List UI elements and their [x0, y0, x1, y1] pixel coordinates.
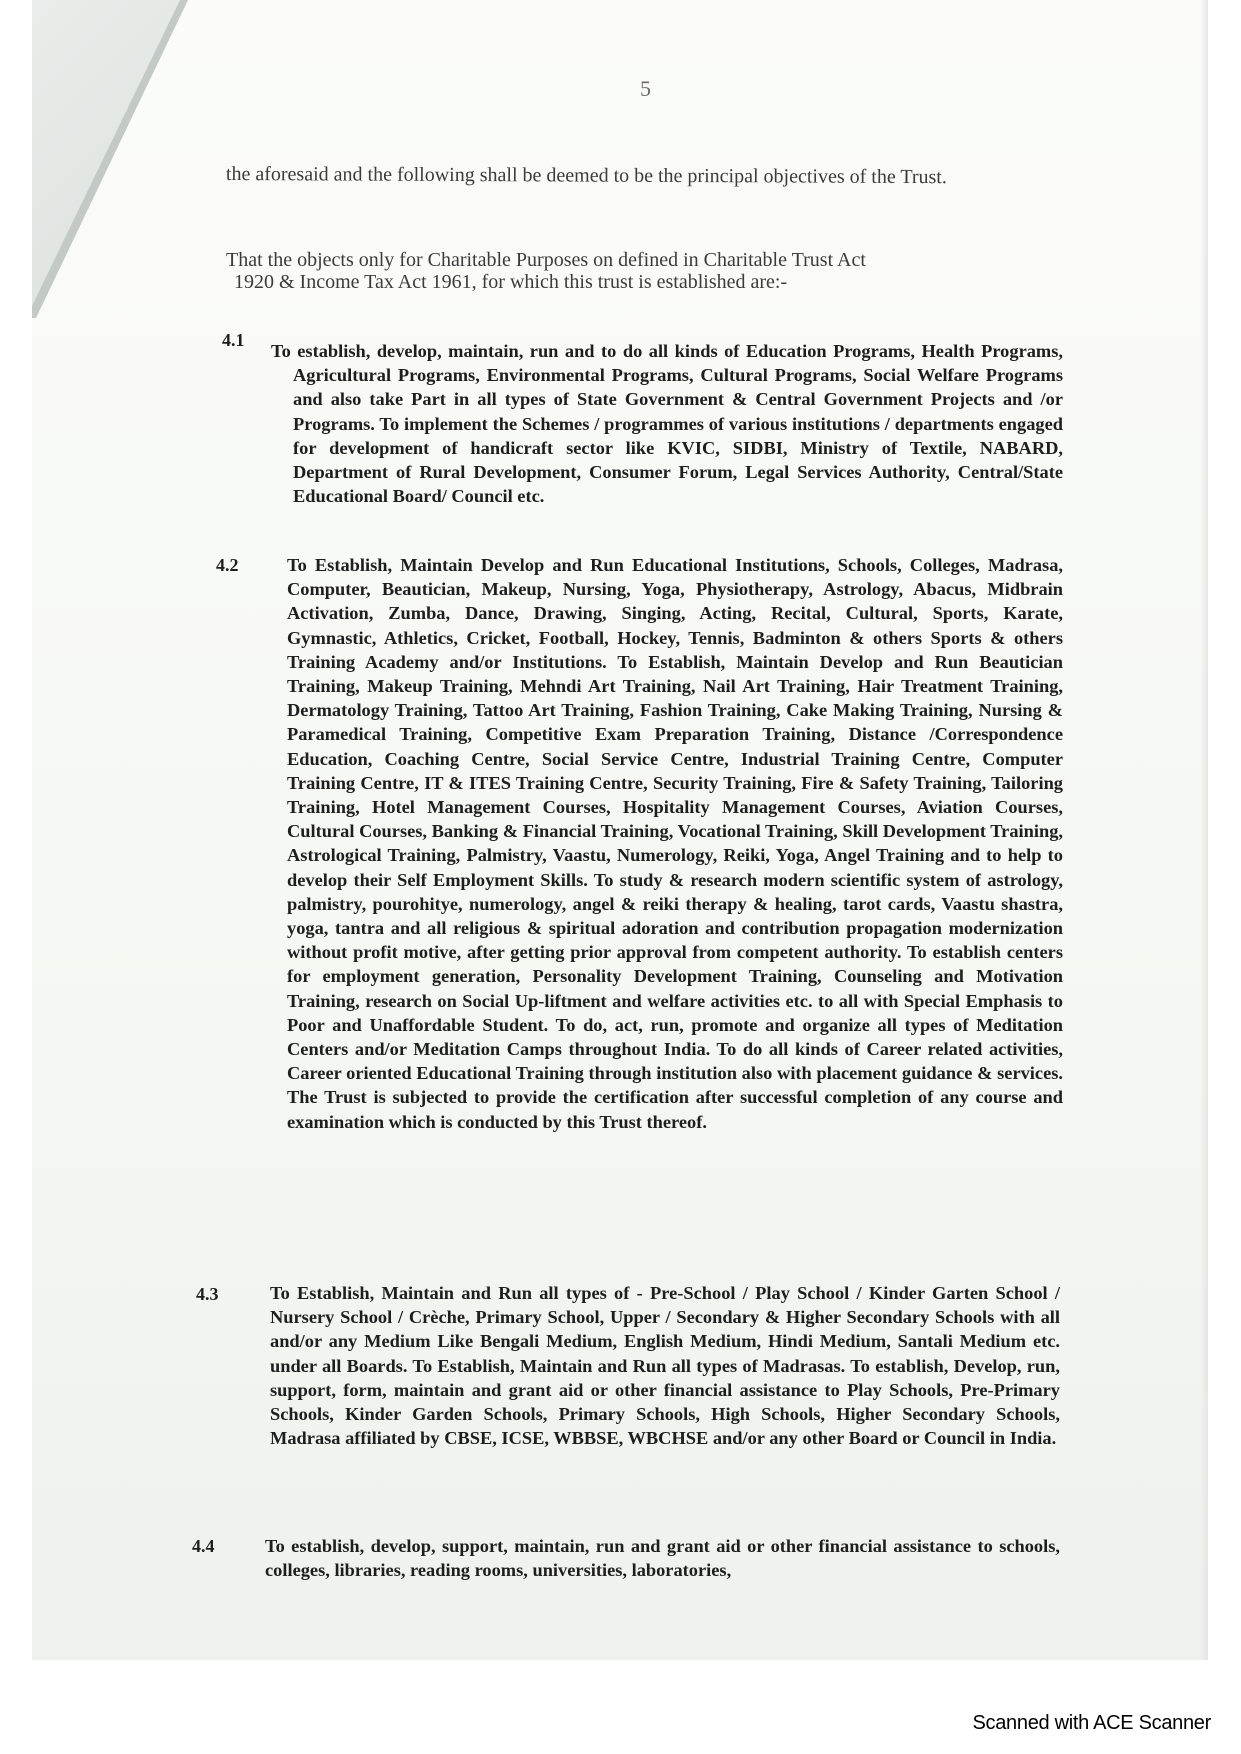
objects-preamble-line-1: That the objects only for Charitable Pur… [226, 249, 866, 271]
page-number: 5 [640, 76, 651, 102]
folded-page-corner [32, 0, 232, 360]
clause-text: To establish, develop, maintain, run and… [293, 339, 1063, 508]
clause-number: 4.2 [216, 555, 239, 576]
clause-text: To Establish, Maintain Develop and Run E… [287, 553, 1063, 1134]
intro-paragraph: the aforesaid and the following shall be… [226, 163, 1066, 189]
objects-preamble: That the objects only for Charitable Pur… [226, 249, 1026, 293]
clause-text: To Establish, Maintain and Run all types… [270, 1281, 1060, 1450]
clause-number: 4.3 [196, 1284, 219, 1305]
objects-preamble-line-2: 1920 & Income Tax Act 1961, for which th… [226, 271, 1026, 293]
scanner-watermark: Scanned with ACE Scanner [972, 1712, 1211, 1735]
page-edge-shadow [1200, 0, 1208, 1660]
clause-number: 4.1 [222, 330, 245, 351]
clause-text: To establish, develop, support, maintain… [265, 1534, 1060, 1582]
clause-number: 4.4 [192, 1536, 215, 1557]
